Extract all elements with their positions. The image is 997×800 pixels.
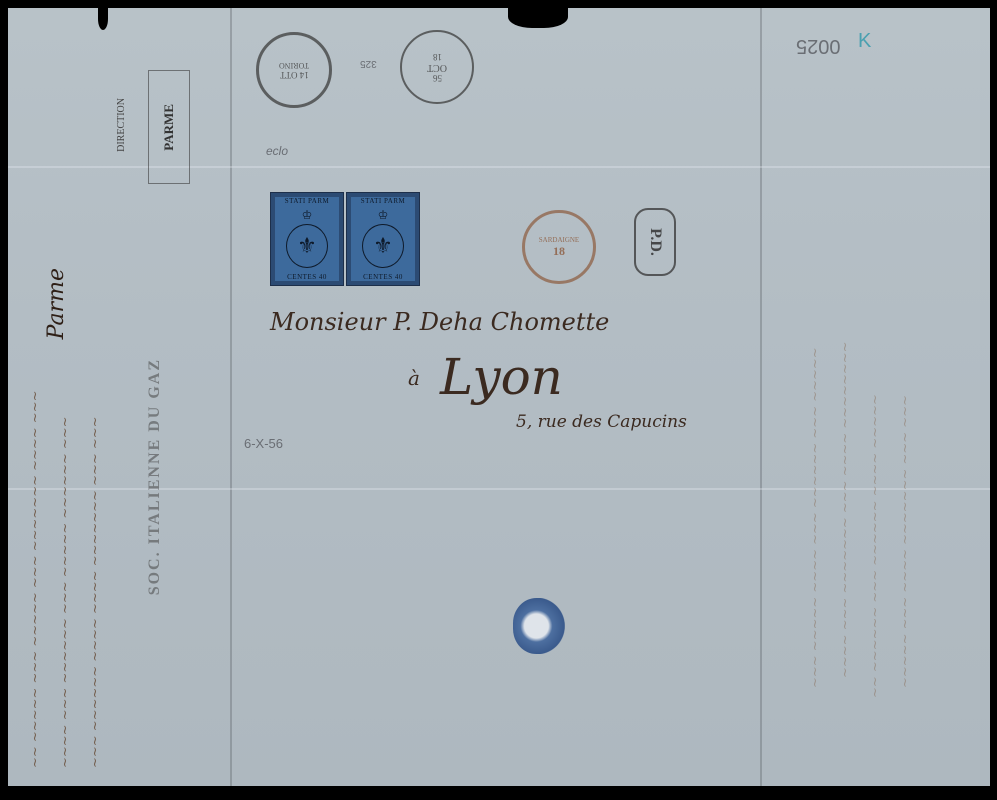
fleur-de-lis-icon: ⚜ bbox=[286, 224, 328, 268]
fold-line bbox=[230, 8, 232, 786]
stamp-pair: STATI PARM ♔ ⚜ CENTES 40 STATI PARM ♔ ⚜ … bbox=[270, 192, 420, 286]
torino-postmark: TORINO 14 OTT bbox=[256, 32, 332, 108]
pencil-blue-mark: K bbox=[858, 30, 871, 53]
letterhead-box: PARME bbox=[148, 70, 190, 184]
pencil-small-number: 325 bbox=[360, 58, 377, 69]
address-prefix: à bbox=[408, 366, 420, 390]
pencil-number: 0025 bbox=[796, 34, 841, 57]
handwritten-lines: ~~ ~~~~~ ~~~ ~~~~~ ~~~ ~~~~~~~ ~~~~ ~~~ bbox=[28, 68, 43, 768]
pencil-eclo: eclo bbox=[266, 144, 288, 158]
address-name: Monsieur P. Deha Chomette bbox=[270, 308, 609, 336]
transit-postmark: SARDAIGNE 18 bbox=[522, 210, 596, 284]
pencil-date: 6-X-56 bbox=[244, 436, 283, 451]
bleed-through-text: ~~~~ ~~~ ~~~~~~~ ~~~ ~~~~ ~~~~~~~~ bbox=[838, 118, 853, 678]
crown-icon: ♔ bbox=[302, 210, 313, 220]
fleur-de-lis-icon: ⚜ bbox=[362, 224, 404, 268]
bleed-through-text: ~~~ ~~~~~ ~~~~ ~~~ ~~~~~~ ~~~ ~~~~~ bbox=[808, 128, 823, 688]
bleed-through-text: ~~ ~~~~~~ ~~~ ~~~~~~ ~~~~ ~~~~~ bbox=[868, 138, 883, 698]
pd-handstamp: P.D. bbox=[634, 208, 676, 276]
handwritten-lines: ~~~ ~~~~~~ ~~~~ ~~~~ ~~~~~~~ ~~~ ~~~ bbox=[88, 68, 103, 768]
torn-edge bbox=[508, 0, 568, 28]
fold-line bbox=[760, 8, 762, 786]
parma-stamp: STATI PARM ♔ ⚜ CENTES 40 bbox=[270, 192, 344, 286]
address-street: 5, rue des Capucins bbox=[516, 412, 687, 432]
parma-stamp: STATI PARM ♔ ⚜ CENTES 40 bbox=[346, 192, 420, 286]
hole bbox=[98, 8, 108, 30]
handwritten-lines: ~~~~ ~~~ ~~~~~~ ~~~ ~~~~~ ~~~~~~ ~~~ bbox=[58, 68, 73, 768]
letter-sheet: ~~~ ~~~~~ ~~~~ ~~~ ~~~~~~ ~~~ ~~~~~ ~~~~… bbox=[8, 8, 990, 786]
date-postmark: 18 OCT 56 bbox=[400, 30, 474, 104]
bleed-through-text: ~~~~~ ~~~ ~~~~ ~~~~~~~ ~~~ ~~~ bbox=[898, 128, 913, 688]
wax-seal bbox=[513, 598, 565, 654]
crown-icon: ♔ bbox=[378, 210, 389, 220]
address-city: Lyon bbox=[440, 348, 563, 406]
letterhead-side-text: SOC. ITALIENNE DU GAZ bbox=[146, 358, 164, 595]
letterhead-sub-label: DIRECTION bbox=[116, 98, 127, 152]
